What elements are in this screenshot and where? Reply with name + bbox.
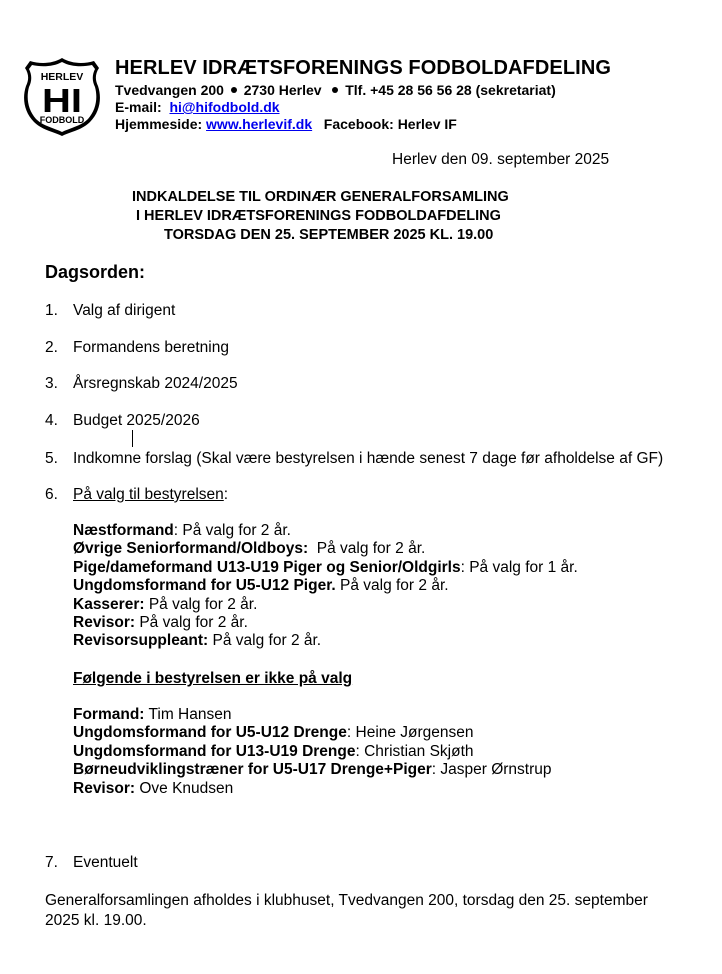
- document-title-line-1: INDKALDELSE TIL ORDINÆR GENERALFORSAMLIN…: [132, 189, 509, 205]
- item-number: 1.: [45, 302, 73, 320]
- website-label: Hjemmeside:: [115, 116, 202, 132]
- election-row: Næstformand: På valg for 2 år.: [73, 522, 578, 540]
- election-row: Revisor: På valg for 2 år.: [73, 614, 578, 632]
- detail: På valg for 2 år.: [340, 577, 449, 594]
- agenda-item-7: 7.Eventuelt: [45, 854, 138, 872]
- agenda-item-2: 2.Formandens beretning: [45, 339, 229, 357]
- role: Næstformand: [73, 522, 174, 539]
- email-link[interactable]: hi@hifodbold.dk: [169, 99, 279, 115]
- role: Børneudviklingstræner for U5-U17 Drenge+…: [73, 761, 432, 778]
- board-list: Formand: Tim Hansen Ungdomsformand for U…: [73, 706, 552, 798]
- role: Pige/dameformand U13-U19 Piger og Senior…: [73, 559, 461, 576]
- election-row: Pige/dameformand U13-U19 Piger og Senior…: [73, 559, 578, 577]
- item-text: Indkomne forslag (Skal være bestyrelsen …: [73, 450, 663, 467]
- text-cursor: [132, 430, 133, 447]
- role: Ungdomsformand for U13-U19 Drenge: [73, 743, 355, 760]
- sep: :: [461, 559, 470, 576]
- bullet-icon: [332, 87, 338, 93]
- agenda-item-6: 6.På valg til bestyrelsen:: [45, 486, 228, 504]
- club-logo: HERLEV HI FODBOLD: [22, 56, 102, 138]
- election-row: Ungdomsformand for U5-U12 Piger. På valg…: [73, 577, 578, 595]
- board-row: Formand: Tim Hansen: [73, 706, 552, 724]
- agenda-item-5: 5.Indkomne forslag (Skal være bestyrelse…: [45, 450, 663, 468]
- document-title-line-2: I HERLEV IDRÆTSFORENINGS FODBOLDAFDELING: [136, 208, 501, 224]
- role: Formand:: [73, 706, 144, 723]
- organization-title: HERLEV IDRÆTSFORENINGS FODBOLDAFDELING: [115, 57, 611, 80]
- election-row: Øvrige Seniorformand/Oldboys: På valg fo…: [73, 540, 578, 558]
- not-up-heading-text: Følgende i bestyrelsen er ikke på valg: [73, 670, 352, 687]
- detail: På valg for 2 år.: [139, 614, 248, 631]
- item-text: Årsregnskab 2024/2025: [73, 375, 238, 392]
- item-text: Valg af dirigent: [73, 302, 175, 319]
- role: Ungdomsformand for U5-U12 Piger.: [73, 577, 336, 594]
- item-text: Budget 2025/2026: [73, 412, 200, 429]
- board-row: Ungdomsformand for U13-U19 Drenge: Chris…: [73, 743, 552, 761]
- role: Revisor:: [73, 780, 135, 797]
- agenda-item-1: 1.Valg af dirigent: [45, 302, 175, 320]
- detail: På valg for 2 år.: [149, 596, 258, 613]
- detail: Heine Jørgensen: [356, 724, 474, 741]
- detail: På valg for 2 år.: [317, 540, 426, 557]
- item-number: 4.: [45, 412, 73, 430]
- detail: På valg for 2 år.: [213, 632, 322, 649]
- item-suffix: :: [224, 486, 228, 503]
- svg-text:HI: HI: [42, 82, 82, 119]
- role: Kasserer:: [73, 596, 145, 613]
- item-text: Eventuelt: [73, 854, 138, 871]
- address: Tvedvangen 200: [115, 82, 224, 98]
- facebook: Facebook: Herlev IF: [324, 116, 457, 132]
- item-number: 5.: [45, 450, 73, 468]
- board-row: Ungdomsformand for U5-U12 Drenge: Heine …: [73, 724, 552, 742]
- role: Ungdomsformand for U5-U12 Drenge: [73, 724, 347, 741]
- board-row: Børneudviklingstræner for U5-U17 Drenge+…: [73, 761, 552, 779]
- election-row: Kasserer: På valg for 2 år.: [73, 596, 578, 614]
- agenda-item-3: 3.Årsregnskab 2024/2025: [45, 375, 238, 393]
- board-row: Revisor: Ove Knudsen: [73, 780, 552, 798]
- website-line: Hjemmeside: www.herlevif.dk Facebook: He…: [115, 116, 457, 132]
- detail: Jasper Ørnstrup: [440, 761, 551, 778]
- item-text: Formandens beretning: [73, 339, 229, 356]
- document-title-line-3: TORSDAG DEN 25. SEPTEMBER 2025 KL. 19.00: [164, 227, 493, 243]
- role: Revisorsuppleant:: [73, 632, 208, 649]
- detail: Tim Hansen: [149, 706, 232, 723]
- detail: Ove Knudsen: [139, 780, 233, 797]
- detail: På valg for 2 år.: [182, 522, 291, 539]
- item-number: 3.: [45, 375, 73, 393]
- election-row: Revisorsuppleant: På valg for 2 år.: [73, 632, 578, 650]
- date-line: Herlev den 09. september 2025: [392, 151, 609, 169]
- closing-paragraph: Generalforsamlingen afholdes i klubhuset…: [45, 891, 685, 931]
- not-up-heading: Følgende i bestyrelsen er ikke på valg: [73, 670, 352, 688]
- detail: På valg for 1 år.: [469, 559, 578, 576]
- address-line: Tvedvangen 200 2730 Herlev Tlf. +45 28 5…: [115, 82, 556, 98]
- phone: Tlf. +45 28 56 56 28 (sekretariat): [345, 82, 556, 98]
- item-number: 6.: [45, 486, 73, 504]
- bullet-icon: [231, 87, 237, 93]
- shield-logo-icon: HERLEV HI FODBOLD: [22, 56, 102, 138]
- agenda-item-4: 4.Budget 2025/2026: [45, 412, 200, 430]
- svg-text:FODBOLD: FODBOLD: [40, 115, 85, 125]
- agenda-heading: Dagsorden:: [45, 262, 145, 283]
- detail: Christian Skjøth: [364, 743, 473, 760]
- postcode-city: 2730 Herlev: [244, 82, 322, 98]
- email-label: E-mail:: [115, 99, 162, 115]
- email-line: E-mail: hi@hifodbold.dk: [115, 99, 280, 115]
- sep: :: [355, 743, 364, 760]
- role: Revisor:: [73, 614, 135, 631]
- website-link[interactable]: www.herlevif.dk: [206, 116, 312, 132]
- sep: [308, 540, 317, 557]
- item-text: På valg til bestyrelsen: [73, 486, 224, 503]
- item-number: 7.: [45, 854, 73, 872]
- item-number: 2.: [45, 339, 73, 357]
- sep: :: [347, 724, 356, 741]
- election-list: Næstformand: På valg for 2 år. Øvrige Se…: [73, 522, 578, 651]
- role: Øvrige Seniorformand/Oldboys:: [73, 540, 308, 557]
